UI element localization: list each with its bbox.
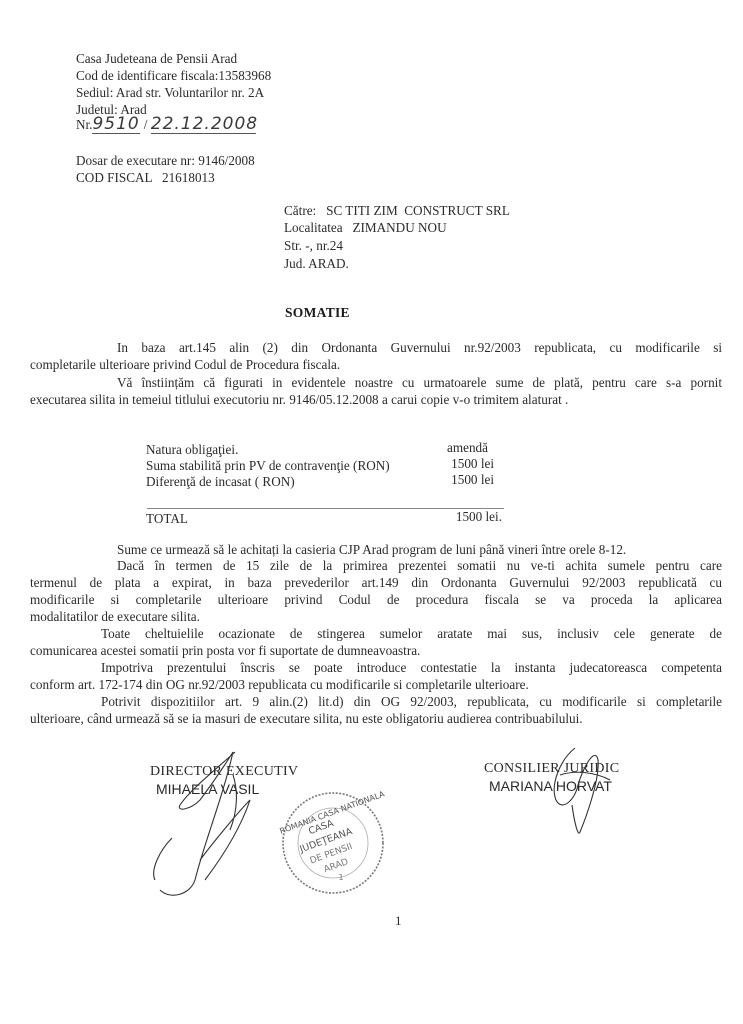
stamp-line-5: 1 [338,873,343,882]
page-number: 1 [395,913,402,929]
right-signature-scribble [554,748,610,833]
signatures-and-stamp-overlay: ROMANIA CASA NATIONALA CASA JUDEŢEANA DE… [0,0,743,1024]
left-signature-scribble [154,752,250,895]
stamp-icon: ROMANIA CASA NATIONALA CASA JUDEŢEANA DE… [279,789,387,893]
